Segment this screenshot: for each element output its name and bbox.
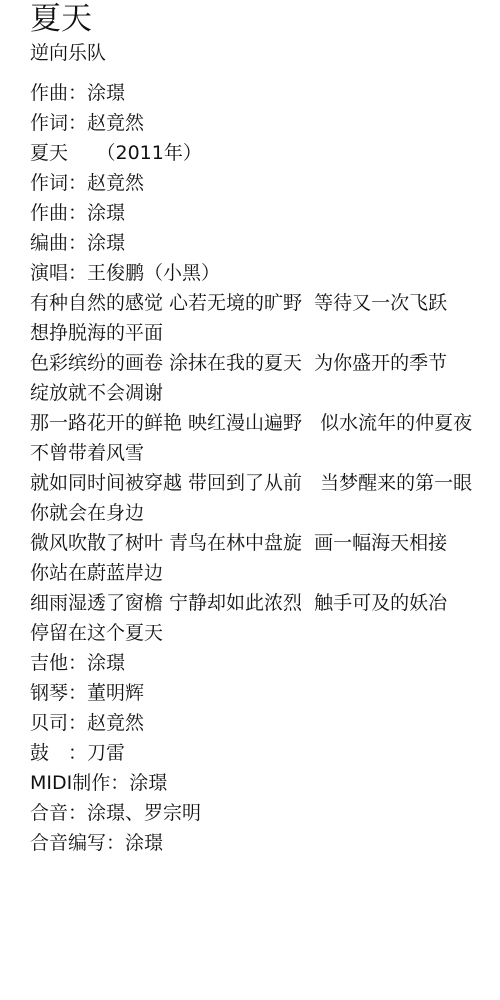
lyric-line: 那一路花开的鲜艳 映红漫山遍野 似水流年的仲夏夜 [30,408,500,438]
lyric-line: 微风吹散了树叶 青鸟在林中盘旋 画一幅海天相接 [30,528,500,558]
credit-piano: 钢琴：董明辉 [30,678,500,708]
credit-lyricist: 作词：赵竟然 [30,108,500,138]
lyric-line: 绽放就不会凋谢 [30,378,500,408]
lyric-line: 不曾带着风雪 [30,438,500,468]
lyrics-lines: 作曲：涂璟 作词：赵竟然 夏天 （2011年） 作词：赵竟然 作曲：涂璟 编曲：… [30,78,500,858]
credit-guitar: 吉他：涂璟 [30,648,500,678]
lyric-line: 你就会在身边 [30,498,500,528]
credit-bass: 贝司：赵竟然 [30,708,500,738]
song-artist: 逆向乐队 [30,38,106,68]
credit-backing-vocals: 合音：涂璟、罗宗明 [30,798,500,828]
credit-composer: 作曲：涂璟 [30,198,500,228]
lyric-line: 想挣脱海的平面 [30,318,500,348]
song-title: 夏天 [30,1,92,37]
song-year-line: 夏天 （2011年） [30,138,500,168]
credit-arranger: 编曲：涂璟 [30,228,500,258]
lyric-line: 停留在这个夏天 [30,618,500,648]
credit-midi: MIDI制作：涂璟 [30,768,500,798]
lyric-line: 有种自然的感觉 心若无境的旷野 等待又一次飞跃 [30,288,500,318]
credit-vocalist: 演唱：王俊鹏（小黑） [30,258,500,288]
lyric-line: 你站在蔚蓝岸边 [30,558,500,588]
credit-backing-vocal-arrangement: 合音编写：涂璟 [30,828,500,858]
lyric-line: 细雨湿透了窗檐 宁静却如此浓烈 触手可及的妖冶 [30,588,500,618]
credit-composer: 作曲：涂璟 [30,78,500,108]
lyric-line: 就如同时间被穿越 带回到了从前 当梦醒来的第一眼 [30,468,500,498]
lyric-line: 色彩缤纷的画卷 涂抹在我的夏天 为你盛开的季节 [30,348,500,378]
credit-lyricist: 作词：赵竟然 [30,168,500,198]
credit-drums: 鼓 ：刀雷 [30,738,500,768]
